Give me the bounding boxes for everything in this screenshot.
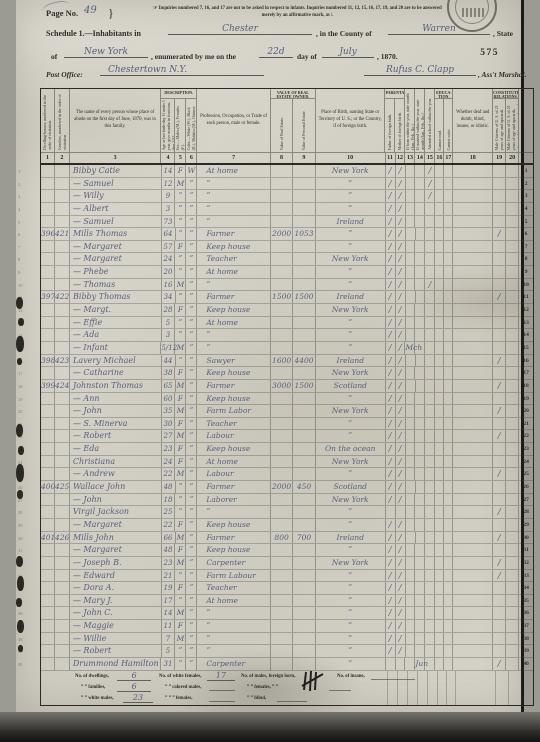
line-number: 3: [519, 190, 533, 202]
line-number: 19: [519, 393, 533, 405]
age: 20: [162, 266, 176, 278]
school-mark: [425, 342, 435, 354]
person-name: — John: [70, 494, 162, 506]
cannot-write-mark: [444, 165, 453, 177]
age: 9: [162, 190, 176, 202]
marshal-suffix: , Ass't Marshal.: [478, 70, 527, 79]
group-parentage: Parentage. Father of foreign birth. Moth…: [385, 89, 405, 152]
school-mark: [425, 443, 435, 455]
vote-denied-mark: [506, 443, 519, 455]
personal-estate-value: [293, 203, 316, 215]
citizen-mark: [493, 393, 506, 405]
school-mark: /: [425, 190, 435, 202]
birthplace: ”: [316, 607, 386, 619]
group-education-label: Educa-tion.: [435, 89, 453, 99]
disability-note: [453, 456, 493, 468]
sex: M: [176, 532, 187, 544]
occupation: ”: [197, 190, 271, 202]
age: 17: [162, 595, 176, 607]
table-row: — Infant5/12M”””//Mch15: [41, 342, 533, 355]
sex: M: [175, 607, 186, 619]
personal-estate-value: [293, 633, 316, 645]
mother-foreign-mark: /: [396, 178, 406, 190]
footer-label-white-males: ” ” white males,: [81, 696, 114, 701]
school-mark: [425, 304, 435, 316]
mother-foreign-mark: /: [396, 430, 406, 442]
pointing-hand-icon: ☞: [153, 6, 157, 11]
school-mark: [425, 570, 435, 582]
age: 11: [162, 620, 176, 632]
left-line-number: 30: [18, 533, 28, 546]
marriage-month: [415, 456, 425, 468]
birth-month: [406, 241, 416, 253]
column-number: 12: [396, 153, 406, 163]
mother-foreign-mark: /: [396, 228, 406, 240]
personal-estate-value: [293, 216, 316, 228]
mother-foreign-mark: /: [396, 532, 406, 544]
real-estate-value: [271, 430, 293, 442]
birthplace: New York: [316, 165, 386, 177]
vote-denied-mark: [506, 329, 519, 341]
dwelling-number: [41, 620, 55, 632]
vote-denied-mark: [506, 178, 519, 190]
person-name: Christiana: [70, 456, 162, 468]
day-of-label: day of: [297, 52, 317, 61]
cannot-write-mark: [444, 633, 453, 645]
color: ”: [186, 456, 197, 468]
citizen-mark: [493, 494, 506, 506]
vote-denied-mark: [506, 658, 519, 670]
real-estate-value: [271, 506, 293, 518]
cannot-read-mark: [435, 582, 444, 594]
sex: ”: [175, 494, 186, 506]
occupation: Farm Labor: [197, 405, 271, 417]
col-header-birth-month: If born within the year, state month (Ja…: [405, 89, 415, 152]
sex: ”: [175, 658, 186, 670]
sex: ”: [175, 645, 186, 657]
cannot-write-mark: [444, 355, 453, 367]
school-mark: [425, 380, 435, 392]
binding-ink-blot: [16, 297, 23, 309]
col-header-male-citizen-text: Male Citizens of U. S. of 21 years of ag…: [494, 100, 504, 150]
real-estate-value: [271, 329, 293, 341]
person-name: — Robert: [70, 645, 162, 657]
dwelling-number: [41, 329, 55, 341]
line-number: 21: [519, 418, 533, 430]
family-number: [55, 430, 70, 442]
person-name: Lavery Michael: [70, 355, 162, 367]
group-education: Educa-tion. Cannot read. Cannot write.: [435, 89, 453, 152]
sex: M: [175, 178, 186, 190]
mother-foreign-mark: /: [396, 607, 406, 619]
col-header-mother-foreign: Mother of foreign birth.: [395, 99, 405, 152]
group-description-label: Description.: [161, 89, 197, 99]
binding-ink-blot: [17, 358, 22, 365]
table-row: — John C.14M”””//36: [41, 607, 533, 620]
age: 3: [162, 329, 176, 341]
marriage-month: [415, 178, 425, 190]
occupation: At home: [197, 266, 271, 278]
school-mark: [425, 607, 435, 619]
cannot-read-mark: [435, 645, 444, 657]
birth-month: [405, 658, 415, 670]
family-number: 423: [55, 355, 70, 367]
sex: M: [175, 279, 186, 291]
dwelling-number: [41, 645, 55, 657]
age: 22: [162, 519, 176, 531]
line-number: 11: [519, 291, 533, 303]
personal-estate-value: [293, 494, 316, 506]
birth-month: [406, 494, 416, 506]
citizen-mark: [493, 620, 506, 632]
person-name: Bibby Thomas: [70, 291, 162, 303]
marriage-month: [415, 430, 425, 442]
line-number: 36: [519, 607, 533, 619]
family-number: [55, 253, 70, 265]
occupation: Farmer: [197, 481, 271, 493]
mother-foreign-mark: /: [396, 418, 406, 430]
real-estate-value: [271, 607, 293, 619]
footer-label-blind: ” ” blind,: [247, 696, 266, 701]
marriage-month: [415, 607, 425, 619]
real-estate-value: [271, 405, 293, 417]
birthplace: New York: [316, 253, 386, 265]
table-row: — Margaret22F”Keep house”//29: [41, 519, 533, 532]
marriage-month: [415, 342, 425, 354]
disability-note: [453, 253, 493, 265]
birthplace: ”: [316, 570, 386, 582]
marriage-month: [415, 468, 425, 480]
occupation: Laborer: [197, 494, 271, 506]
person-name: — Ann: [70, 393, 162, 405]
col-header-marriage-month: If married within the year, state month …: [415, 89, 425, 152]
column-number: 14: [415, 153, 425, 163]
marriage-month: [415, 443, 425, 455]
occupation: ”: [197, 203, 271, 215]
real-estate-value: [271, 317, 293, 329]
father-foreign-mark: /: [386, 329, 396, 341]
personal-estate-value: [293, 570, 316, 582]
personal-estate-value: [293, 595, 316, 607]
occupation: Carpenter: [197, 557, 271, 569]
occupation: Keep house: [197, 544, 271, 556]
school-mark: [425, 582, 435, 594]
person-name: — Samuel: [70, 216, 162, 228]
citizen-mark: [493, 418, 506, 430]
occupation: ”: [197, 506, 271, 518]
age: 28: [162, 304, 176, 316]
cannot-write-mark: [444, 582, 453, 594]
table-row: 401426Mills John66M”Farmer800700Ireland/…: [41, 532, 533, 545]
color: ”: [186, 253, 197, 265]
father-foreign-mark: /: [386, 645, 396, 657]
cannot-read-mark: [435, 481, 444, 493]
line-number: 27: [519, 494, 533, 506]
disability-note: [453, 393, 493, 405]
father-foreign-mark: /: [386, 165, 396, 177]
father-foreign-mark: /: [386, 430, 396, 442]
family-number: 425: [55, 481, 70, 493]
table-row: — Samuel12M”””///2: [41, 178, 533, 191]
mother-foreign-mark: /: [396, 456, 406, 468]
footer-value-females-foreign: [329, 683, 351, 691]
occupation: ”: [197, 279, 271, 291]
line-number: 25: [519, 468, 533, 480]
citizen-mark: [493, 582, 506, 594]
person-name: — Phebe: [70, 266, 162, 278]
disability-note: [453, 570, 493, 582]
birthplace: ”: [316, 620, 386, 632]
occupation: Labour: [197, 430, 271, 442]
family-number: [55, 266, 70, 278]
binding-ink-blot: [16, 336, 24, 352]
cannot-write-mark: [444, 532, 453, 544]
birthplace: New York: [316, 304, 386, 316]
col-header-birthplace-text: Place of Birth, naming State or Territor…: [316, 105, 385, 135]
occupation: Keep house: [197, 519, 271, 531]
line-number: 35: [519, 595, 533, 607]
dwelling-number: [41, 570, 55, 582]
disability-note: [453, 190, 493, 202]
cannot-write-mark: [444, 494, 453, 506]
sex: ”: [176, 291, 187, 303]
school-mark: [425, 317, 435, 329]
sex: ”: [175, 570, 186, 582]
marriage-month: [415, 405, 425, 417]
state-suffix: , State: [493, 29, 513, 38]
binding-ink-blot: [18, 645, 23, 652]
cannot-write-mark: [444, 443, 453, 455]
cannot-write-mark: [444, 291, 453, 303]
schedule-title: Schedule 1.—Inhabitants in: [46, 29, 141, 38]
table-row: — Dora A.19F”Teacher”//34: [41, 582, 533, 595]
vote-denied-mark: [506, 468, 519, 480]
footer-value-insane: [371, 672, 415, 680]
footer-value-families: 6: [117, 682, 151, 692]
dwelling-number: [41, 633, 55, 645]
cannot-read-mark: [435, 304, 444, 316]
table-row: 398423Lavery Michael44””Sawyer16004400Ir…: [41, 355, 533, 368]
marriage-month: Jun: [415, 658, 425, 670]
col-header-dwellings-text: Dwelling-houses, numbered in the order o…: [42, 90, 52, 150]
personal-estate-value: 1500: [293, 380, 316, 392]
disability-note: [453, 304, 493, 316]
family-number: 426: [55, 532, 70, 544]
occupation: Teacher: [197, 418, 271, 430]
occupation: Farmer: [197, 532, 271, 544]
vote-denied-mark: [506, 203, 519, 215]
footer-column-rule: [495, 671, 496, 705]
dwelling-number: [41, 506, 55, 518]
birth-month: [406, 253, 416, 265]
col-header-cannot-read: Cannot read.: [435, 99, 444, 152]
school-mark: [425, 658, 435, 670]
personal-estate-value: [293, 165, 316, 177]
marriage-month: [415, 203, 425, 215]
person-name: — Willie: [70, 633, 162, 645]
family-number: [55, 190, 70, 202]
real-estate-value: [271, 216, 293, 228]
dwelling-number: [41, 557, 55, 569]
sex: ”: [176, 355, 187, 367]
sex: F: [175, 443, 186, 455]
occupation: ”: [197, 607, 271, 619]
father-foreign-mark: /: [386, 418, 396, 430]
father-foreign-mark: /: [386, 279, 396, 291]
footer-label-colored-females: ” ” ” females,: [165, 696, 192, 701]
cannot-read-mark: [435, 165, 444, 177]
real-estate-value: [271, 241, 293, 253]
sex: F: [175, 241, 186, 253]
color: W: [186, 165, 197, 177]
line-number: 12: [519, 304, 533, 316]
personal-estate-value: [293, 418, 316, 430]
real-estate-value: [271, 367, 293, 379]
father-foreign-mark: [386, 658, 396, 670]
personal-estate-value: 1053: [293, 228, 316, 240]
citizen-mark: [493, 519, 506, 531]
disability-note: [453, 582, 493, 594]
mother-foreign-mark: [396, 506, 406, 518]
personal-estate-value: [293, 456, 316, 468]
family-number: [55, 595, 70, 607]
cannot-write-mark: [444, 228, 453, 240]
birthplace: ”: [316, 658, 386, 670]
color: ”: [186, 317, 197, 329]
age: 23: [162, 443, 176, 455]
school-mark: [425, 216, 435, 228]
school-mark: [425, 481, 435, 493]
disability-note: [453, 203, 493, 215]
birth-month: [406, 468, 416, 480]
color: ”: [186, 620, 197, 632]
birth-month: [406, 544, 416, 556]
personal-estate-value: [293, 393, 316, 405]
table-row: — Phebe20””At home”//9: [41, 266, 533, 279]
color: ”: [186, 468, 197, 480]
binding-ink-blot: [17, 576, 24, 591]
col-header-father-foreign: Father of foreign birth.: [385, 99, 395, 152]
binding-ink-blot: [16, 598, 22, 607]
dwelling-number: [41, 304, 55, 316]
col-header-disability-text: Whether deaf and dumb, blind, insane, or…: [453, 105, 492, 135]
column-number: 13: [405, 153, 415, 163]
dwelling-number: [41, 658, 55, 670]
disability-note: [453, 165, 493, 177]
person-name: — Mary J.: [70, 595, 162, 607]
cannot-read-mark: [435, 557, 444, 569]
real-estate-value: [271, 253, 293, 265]
occupation: Keep house: [197, 241, 271, 253]
school-mark: [425, 456, 435, 468]
cannot-write-mark: [444, 203, 453, 215]
real-estate-value: [271, 165, 293, 177]
cannot-read-mark: [435, 329, 444, 341]
col-header-occupation: Profession, Occupation, or Trade of each…: [197, 89, 271, 152]
dwelling-number: 399: [41, 380, 55, 392]
mother-foreign-mark: /: [396, 203, 406, 215]
disability-note: [453, 494, 493, 506]
mother-foreign-mark: /: [396, 317, 406, 329]
person-name: — Samuel: [70, 178, 162, 190]
father-foreign-mark: /: [386, 582, 396, 594]
school-mark: [425, 418, 435, 430]
age: 5/12: [161, 342, 175, 354]
dwelling-number: [41, 430, 55, 442]
dwelling-number: [41, 456, 55, 468]
cannot-read-mark: [435, 570, 444, 582]
personal-estate-value: [293, 519, 316, 531]
person-name: — Eda: [70, 443, 162, 455]
personal-estate-value: [293, 430, 316, 442]
father-foreign-mark: /: [386, 595, 396, 607]
cannot-read-mark: [435, 620, 444, 632]
real-estate-value: [271, 418, 293, 430]
table-row: — Willie7M”””//38: [41, 633, 533, 646]
cannot-write-mark: [444, 393, 453, 405]
family-number: [55, 607, 70, 619]
color: ”: [186, 367, 197, 379]
school-mark: [425, 291, 435, 303]
color: ”: [186, 506, 197, 518]
family-number: [55, 393, 70, 405]
table-row: — Margt.28F”Keep houseNew York//12: [41, 304, 533, 317]
color: ”: [186, 228, 197, 240]
color: ”: [186, 418, 197, 430]
occupation: At home: [197, 165, 271, 177]
table-row: — S. Minerva30F”Teacher”//21: [41, 418, 533, 431]
citizen-mark: [493, 367, 506, 379]
marriage-month: [415, 317, 425, 329]
post-office-field: Chestertown N.Y.: [100, 65, 264, 76]
column-number: 16: [435, 153, 444, 163]
vote-denied-mark: [506, 494, 519, 506]
color: ”: [186, 266, 197, 278]
line-number: 7: [519, 241, 533, 253]
table-row: 400425Wallace John48””Farmer2000450Scotl…: [41, 481, 533, 494]
cannot-read-mark: [435, 468, 444, 480]
birth-month: [406, 279, 416, 291]
age: 38: [162, 367, 176, 379]
instructions-line2: merely by an affirmative mark, as /.: [262, 13, 334, 18]
father-foreign-mark: /: [386, 178, 396, 190]
vote-denied-mark: [506, 367, 519, 379]
real-estate-value: [271, 266, 293, 278]
marriage-month: [415, 418, 425, 430]
age: 16: [162, 279, 176, 291]
birthplace: New York: [316, 456, 386, 468]
cannot-read-mark: [435, 494, 444, 506]
left-line-number: 10: [18, 280, 28, 293]
col-header-marriage-month-text: If married within the year, state month …: [415, 90, 425, 150]
marriage-month: [415, 620, 425, 632]
cannot-write-mark: [444, 178, 453, 190]
birthplace: Ireland: [316, 291, 386, 303]
left-line-number: 2: [18, 179, 28, 192]
father-foreign-mark: /: [386, 253, 396, 265]
father-foreign-mark: /: [386, 342, 396, 354]
birthplace: ”: [316, 544, 386, 556]
disability-note: [453, 443, 493, 455]
dwelling-number: [41, 519, 55, 531]
marriage-month: [415, 190, 425, 202]
vote-denied-mark: [506, 317, 519, 329]
column-number: 15: [425, 153, 435, 163]
cannot-read-mark: [435, 266, 444, 278]
family-number: [55, 645, 70, 657]
personal-estate-value: [293, 241, 316, 253]
birthplace: ”: [316, 203, 386, 215]
